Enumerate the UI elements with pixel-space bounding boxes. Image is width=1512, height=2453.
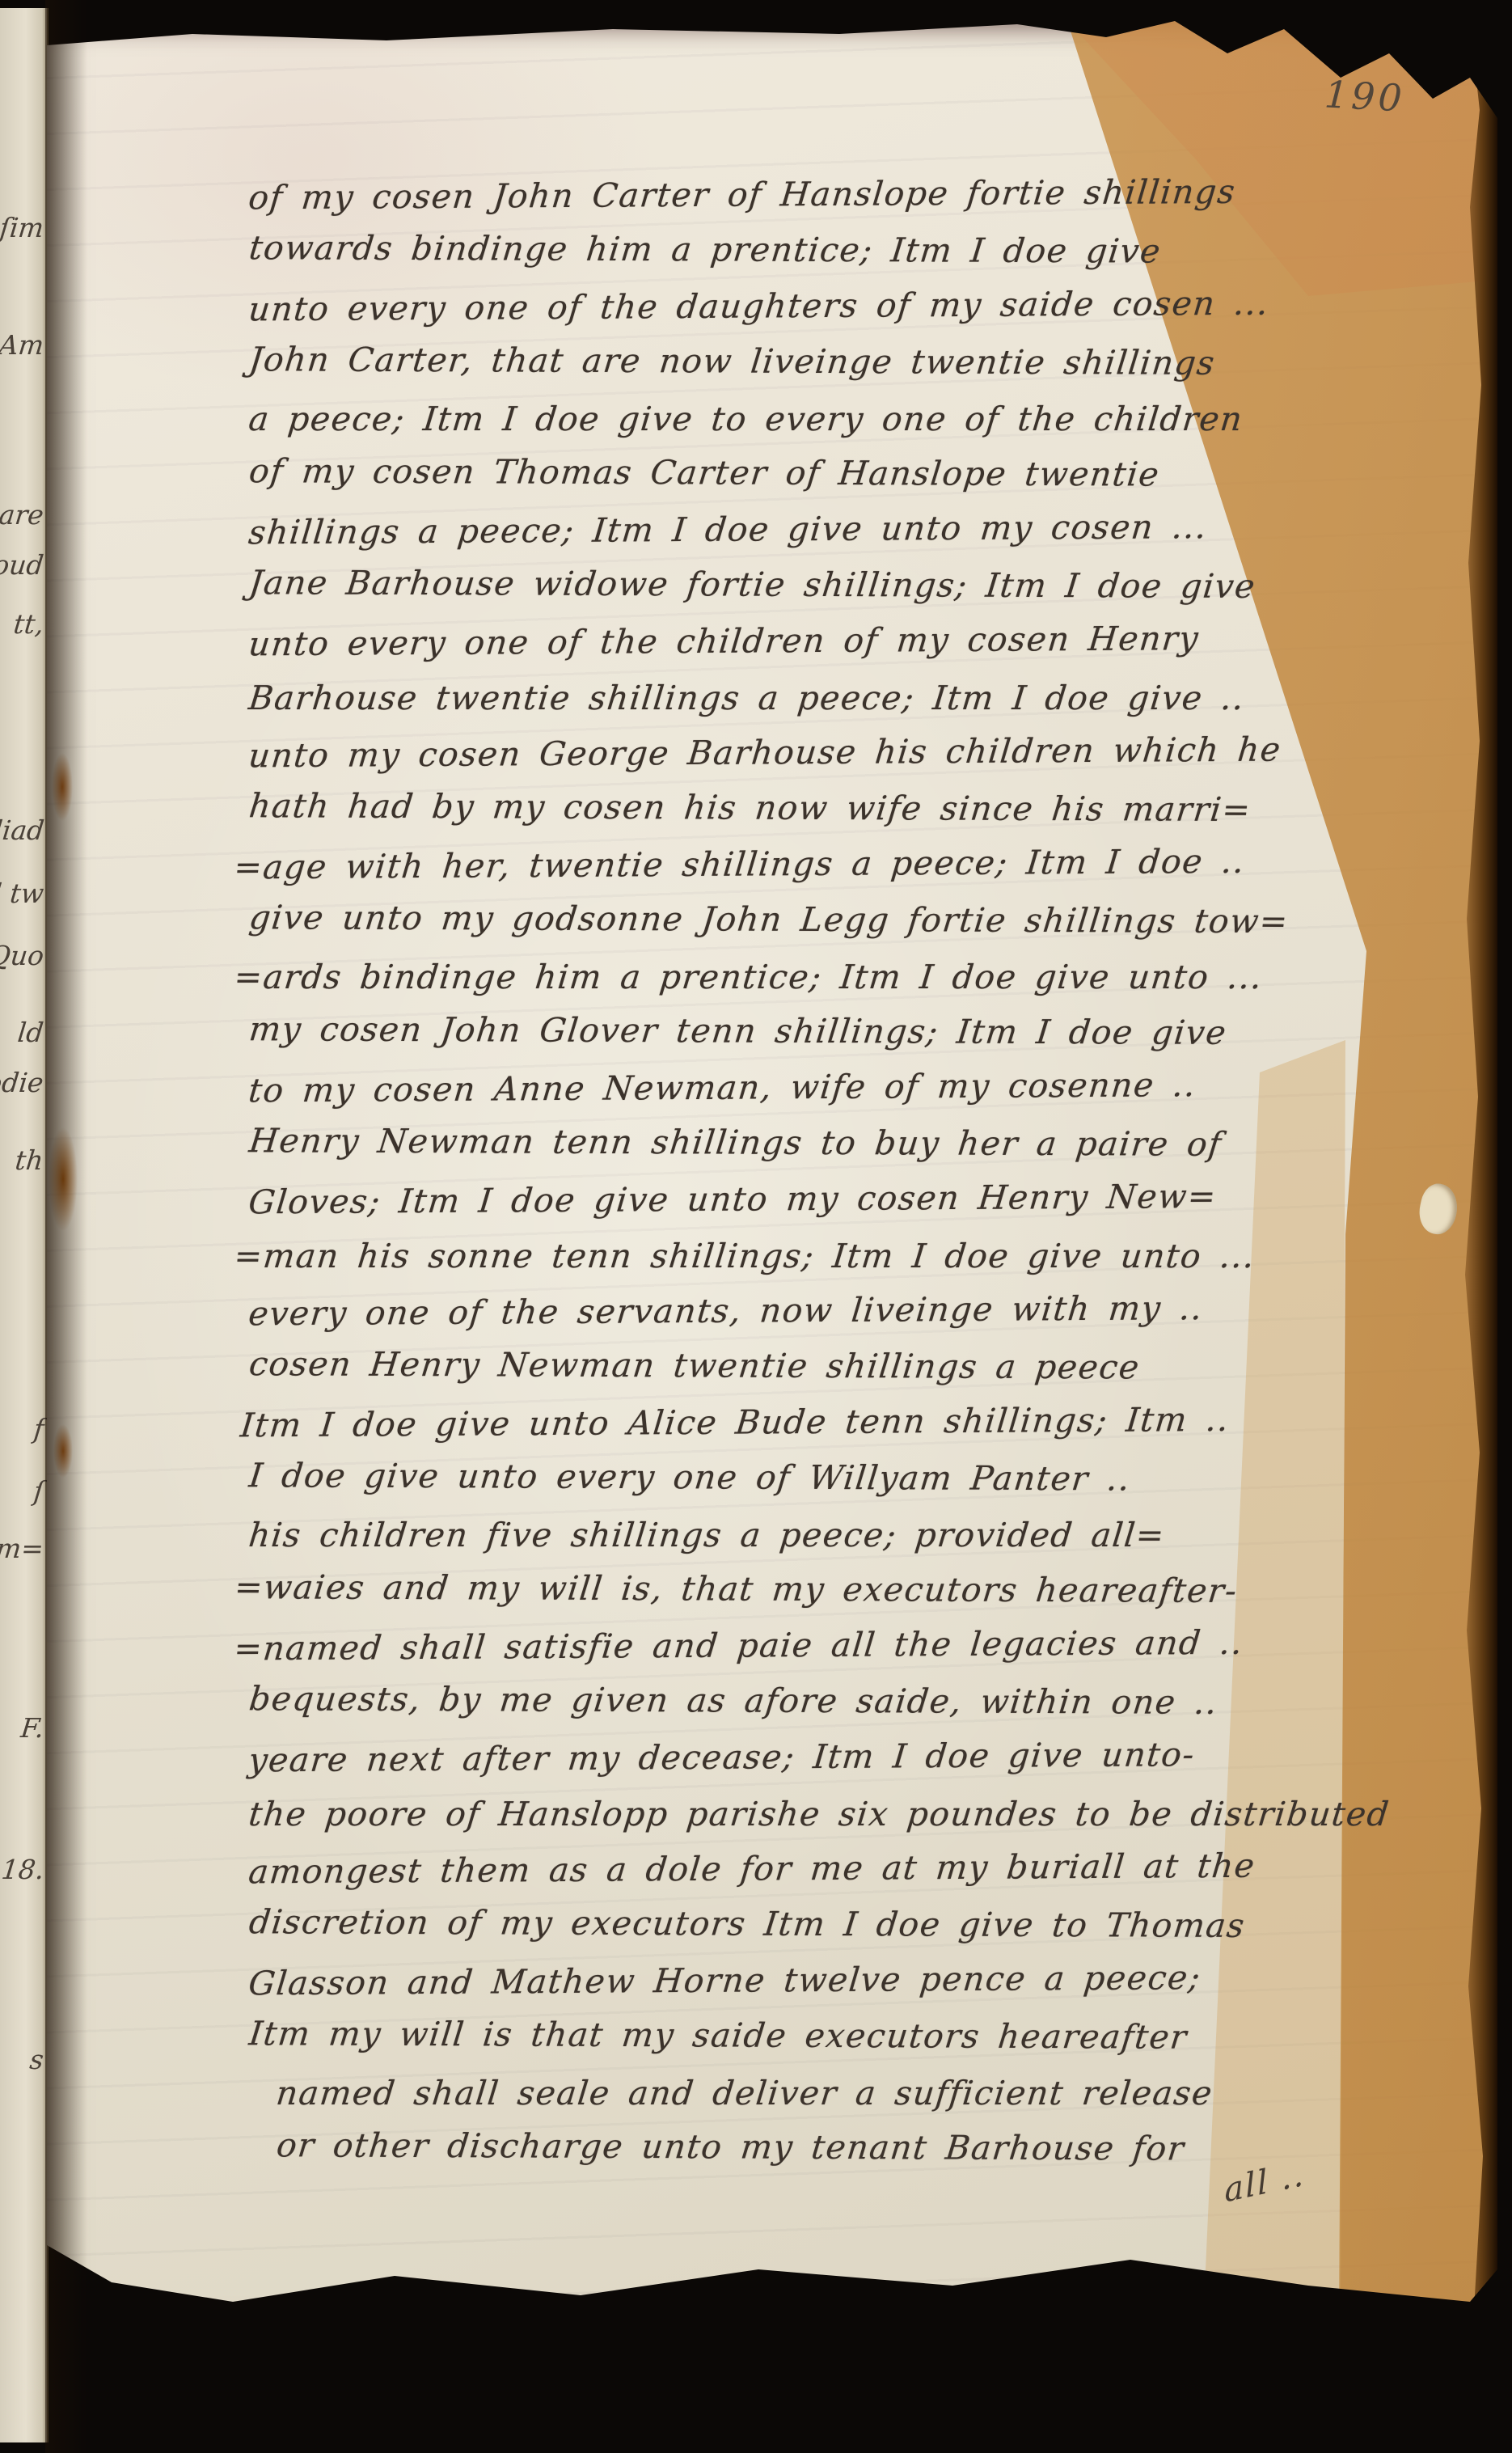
manuscript-line: every one of the servants, now liveinge … (246, 1279, 1409, 1343)
manuscript-line: shillings a peece; Itm I doe give unto m… (246, 498, 1409, 561)
folio-number: 190 (1324, 75, 1406, 116)
manuscript-line: unto every one of the children of my cos… (246, 610, 1409, 673)
manuscript-line: towards bindinge him a prentice; Itm I d… (247, 220, 1409, 280)
manuscript-line: to my cosen Anne Newman, wife of my cose… (246, 1056, 1409, 1119)
manuscript-line: a peece; Itm I doe give to every one of … (246, 391, 1408, 447)
manuscript-line: =named shall satisfie and paie all the l… (231, 1614, 1409, 1677)
will-text-block: of my cosen John Carter of Hanslope fort… (47, 167, 1405, 2176)
adjacent-page-text-fragment: m= (0, 1535, 45, 1562)
manuscript-line: amongest them as a dole for me at my bur… (246, 1838, 1409, 1901)
manuscript-line: Gloves; Itm I doe give unto my cosen Hen… (246, 1168, 1409, 1231)
manuscript-line: hath had by my cosen his now wife since … (247, 778, 1409, 838)
manuscript-line: Jane Barhouse widowe fortie shillings; I… (247, 555, 1409, 615)
adjacent-page-text-fragment: lliad (0, 817, 45, 844)
adjacent-page-text-fragment: ſ (32, 1478, 45, 1504)
manuscript-photograph: ſim Am oare loud tt, lliad d tw Quo ld l… (0, 0, 1512, 2453)
manuscript-line: =ards bindinge him a prentice; Itm I doe… (231, 949, 1408, 1005)
manuscript-line: named shall seale and deliver a sufficie… (273, 2066, 1408, 2121)
manuscript-line: =waies and my will is, that my executors… (232, 1559, 1409, 1620)
manuscript-line: Glasson and Mathew Horne twelve pence a … (246, 1949, 1409, 2012)
manuscript-line: his children five shillings a peece; pro… (246, 1508, 1408, 1563)
manuscript-page: 190 of my cosen John Carter of Hanslope … (47, 21, 1497, 2323)
manuscript-line: give unto my godsonne John Legg fortie s… (247, 890, 1409, 949)
adjacent-page-text-fragment: Am (0, 332, 45, 358)
manuscript-line: of my cosen John Carter of Hanslope fort… (246, 163, 1409, 226)
manuscript-line: cosen Henry Newman twentie shillings a p… (247, 1336, 1409, 1396)
adjacent-page-text-fragment: oare (0, 501, 45, 528)
adjacent-page-text-fragment: F. (19, 1715, 45, 1741)
adjacent-page-text-fragment: ſim (0, 214, 45, 241)
manuscript-line: yeare next after my decease; Itm I doe g… (246, 1726, 1409, 1789)
manuscript-line: John Carter, that are now liveinge twent… (247, 332, 1409, 391)
adjacent-page-text-fragment: ld (17, 1019, 45, 1046)
adjacent-page-text-fragment: lodie (0, 1069, 45, 1096)
manuscript-line: bequests, by me given as afore saide, wi… (247, 1671, 1409, 1731)
adjacent-page-text-fragment: 18. (0, 1856, 45, 1883)
adjacent-page-edge: ſim Am oare loud tt, lliad d tw Quo ld l… (0, 8, 49, 2442)
adjacent-page-text-fragment: f (32, 1415, 45, 1442)
adjacent-page-text-fragment: loud (0, 552, 45, 578)
manuscript-line: Itm I doe give unto Alice Bude tenn shil… (238, 1391, 1409, 1454)
manuscript-line: I doe give unto every one of Willyam Pan… (247, 1448, 1409, 1508)
adjacent-page-text-fragment: s (28, 2046, 44, 2073)
manuscript-line: the poore of Hanslopp parishe six pounde… (246, 1787, 1408, 1842)
manuscript-line: Itm my will is that my saide executors h… (247, 2006, 1409, 2066)
manuscript-line: Henry Newman tenn shillings to buy her a… (247, 1113, 1409, 1173)
manuscript-line: =age with her, twentie shillings a peece… (231, 833, 1409, 896)
manuscript-line: unto every one of the daughters of my sa… (246, 275, 1409, 338)
manuscript-line: of my cosen Thomas Carter of Hanslope tw… (247, 443, 1409, 503)
adjacent-page-text-fragment: Quo (0, 942, 45, 969)
manuscript-line: =man his sonne tenn shillings; Itm I doe… (231, 1229, 1408, 1284)
manuscript-line: unto my cosen George Barhouse his childr… (246, 721, 1409, 785)
manuscript-line: discretion of my executors Itm I doe giv… (247, 1894, 1409, 1954)
adjacent-page-text-fragment: th (15, 1147, 45, 1174)
adjacent-page-text-fragment: d tw (0, 880, 45, 907)
adjacent-page-text-fragment: tt, (12, 611, 44, 637)
manuscript-line: my cosen John Glover tenn shillings; Itm… (247, 1001, 1409, 1061)
manuscript-line: Barhouse twentie shillings a peece; Itm … (246, 670, 1408, 726)
